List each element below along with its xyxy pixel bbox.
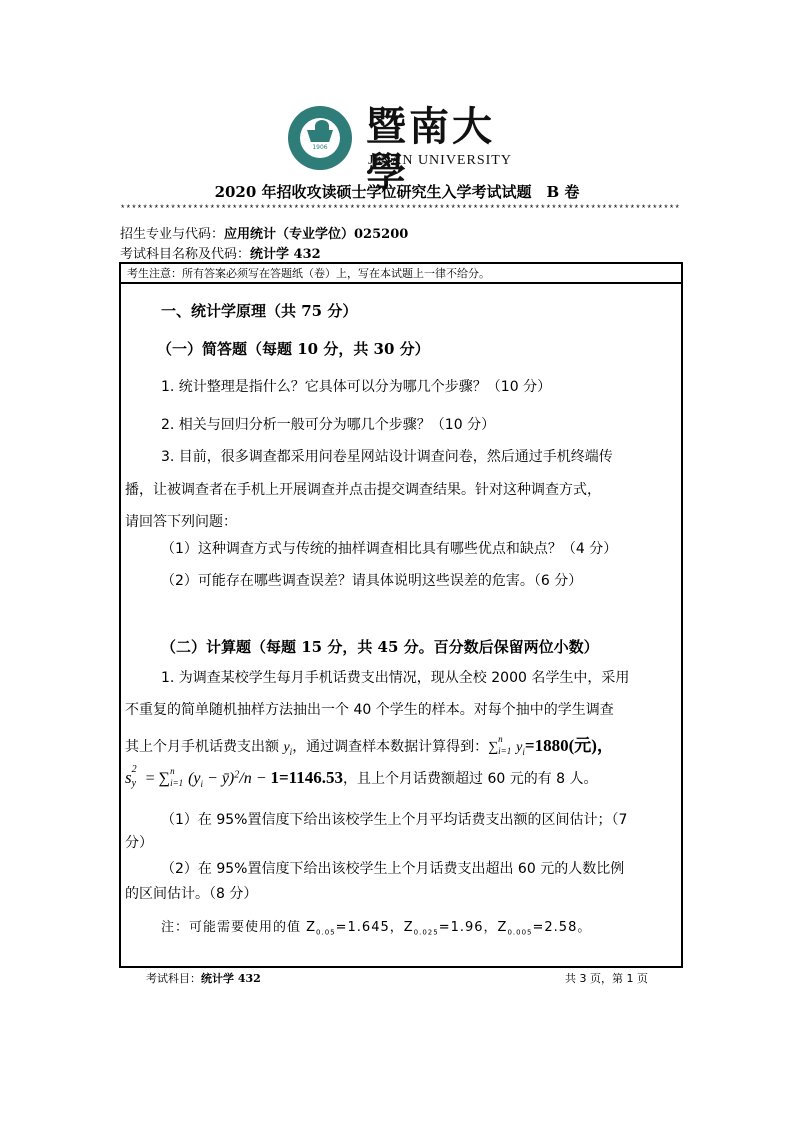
question-2-1-sub2-line2: 的区间估计。（8 分） (125, 883, 257, 903)
notice-banner: 考生注意：所有答案必须写在答题纸（卷）上，写在本试题上一律不给分。 (121, 264, 681, 284)
question-2-1-line1: 1. 为调查某校学生每月手机话费支出情况，现从全校 2000 名学生中，采用 (161, 667, 629, 687)
exam-title: 2020 年招收攻读硕士学位研究生入学考试试题 B 卷 (0, 181, 794, 202)
part1-title: 一、统计学原理（共 75 分） (161, 300, 357, 321)
section2-title: （二）计算题（每题 15 分，共 45 分。百分数后保留两位小数） (161, 636, 599, 657)
variance-formula-line: s2y = ∑ni=1(yi − ȳ)2/n − 1=1146.53，且上个月话… (125, 768, 598, 789)
question-2-1-line3: 其上个月手机话费支出额 yi，通过调查样本数据计算得到：∑ni=1yi=1880… (125, 731, 614, 757)
major-label: 招生专业与代码： (120, 227, 224, 242)
question-1-3-line2: 播，让被调查者在手机上开展调查并点击提交调查结果。针对这种调查方式， (125, 479, 601, 499)
footer-page-info: 共 3 页，第 1 页 (565, 970, 648, 986)
subject-label: 考试科目名称及代码： (120, 247, 250, 262)
subject-value: 统计学 432 (250, 247, 321, 262)
subject-line: 考试科目名称及代码：统计学 432 (120, 243, 321, 262)
question-2-1-sub2-line1: （2）在 95%置信度下给出该校学生上个月话费支出超出 60 元的人数比例 (161, 858, 624, 878)
question-1-1: 1. 统计整理是指什么？它具体可以分为哪几个步骤？（10 分） (161, 376, 551, 396)
question-2-1-sub1-line2: 分） (125, 832, 153, 852)
footer-subject: 考试科目：统计学 432 (146, 970, 261, 986)
exam-content-box: 考生注意：所有答案必须写在答题纸（卷）上，写在本试题上一律不给分。 一、统计学原… (119, 262, 683, 968)
seal-year: 1906 (308, 144, 332, 151)
university-seal-icon: 1906 (288, 106, 352, 170)
major-value: 应用统计（专业学位）025200 (224, 227, 408, 242)
question-1-3-sub2: （2）可能存在哪些调查误差？请具体说明这些误差的危害。（6 分） (161, 570, 582, 590)
question-1-3-sub1: （1）这种调查方式与传统的抽样调查相比具有哪些优点和缺点？（4 分） (161, 538, 617, 558)
question-1-2: 2. 相关与回归分析一般可分为哪几个步骤？（10 分） (161, 414, 495, 434)
separator-line: ****************************************… (120, 203, 680, 215)
question-2-1-line2: 不重复的简单随机抽样方法抽出一个 40 个学生的样本。对每个抽中的学生调查 (125, 699, 614, 719)
major-line: 招生专业与代码：应用统计（专业学位）025200 (120, 223, 408, 242)
university-name-en: JINAN UNIVERSITY (368, 152, 512, 170)
section1-title: （一）简答题（每题 10 分，共 30 分） (157, 338, 430, 359)
question-1-3-line1: 3. 目前，很多调查都采用问卷星网站设计调查问卷，然后通过手机终端传 (161, 446, 613, 466)
university-logo: 1906 暨南大學 JINAN UNIVERSITY (288, 104, 520, 174)
question-2-1-sub1-line1: （1）在 95%置信度下给出该校学生上个月平均话费支出额的区间估计；（7 (161, 809, 627, 829)
question-1-3-line3: 请回答下列问题： (125, 511, 237, 531)
note-z-values: 注：可能需要使用的值 Z0.05=1.645，Z0.025=1.96，Z0.00… (161, 916, 591, 937)
